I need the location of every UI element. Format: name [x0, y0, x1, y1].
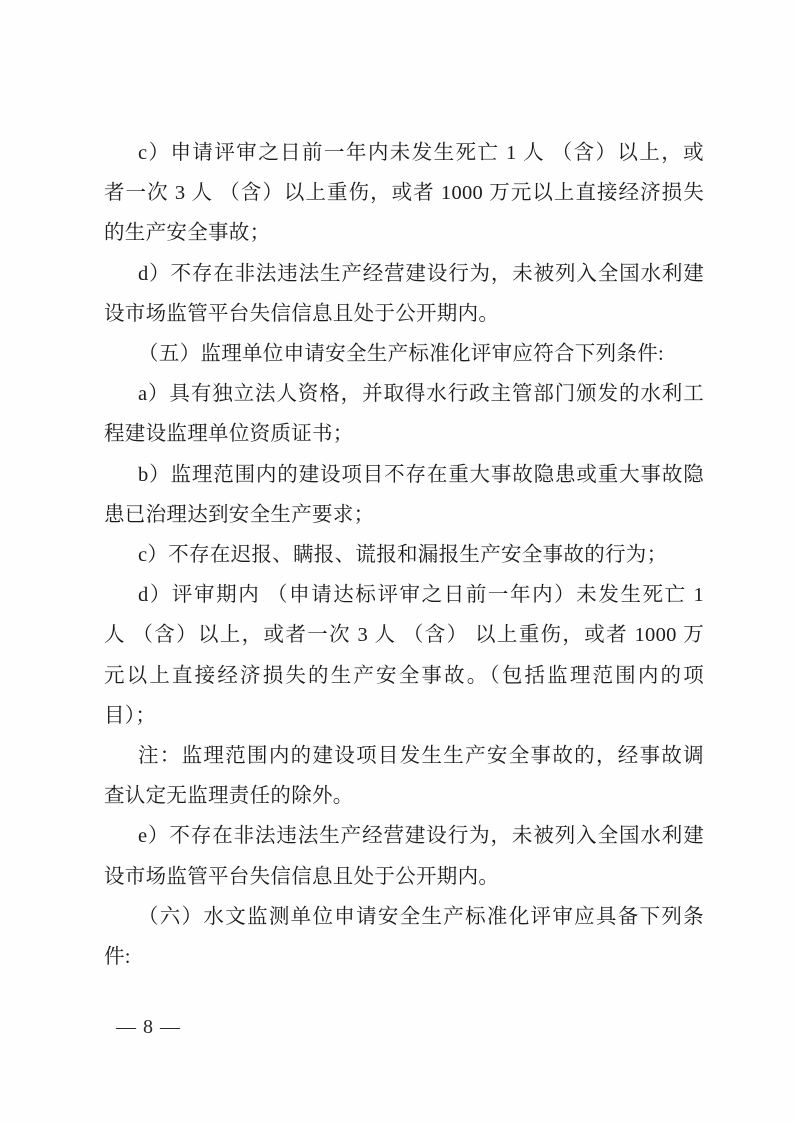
paragraph-item-e-illegal: e）不存在非法违法生产经营建设行为，未被列入全国水利建 设市场监管平台失信信息且…	[104, 816, 704, 896]
text-line: d）不存在非法违法生产经营建设行为，未被列入全国水利建	[104, 254, 704, 294]
text-line: 设市场监管平台失信信息且处于公开期内。	[104, 857, 704, 897]
text-line: 注：监理范围内的建设项目发生生产安全事故的，经事故调	[104, 736, 704, 776]
text-line: c）申请评审之日前一年内未发生死亡 1 人 （含）以上，或	[104, 133, 704, 173]
paragraph-item-b-hidden-dangers: b）监理范围内的建设项目不存在重大事故隐患或重大事故隐 患已治理达到安全生产要求…	[104, 455, 704, 535]
paragraph-note-exemption: 注：监理范围内的建设项目发生生产安全事故的，经事故调 查认定无监理责任的除外。	[104, 736, 704, 816]
text-line: 元以上直接经济损失的生产安全事故。（包括监理范围内的项	[104, 656, 704, 696]
text-line: （六）水文监测单位申请安全生产标准化评审应具备下列条	[104, 897, 704, 937]
section-heading-6: （六）水文监测单位申请安全生产标准化评审应具备下列条 件:	[104, 897, 704, 977]
paragraph-item-a-legal-person: a）具有独立法人资格，并取得水行政主管部门颁发的水利工 程建设监理单位资质证书；	[104, 374, 704, 454]
text-line: e）不存在非法违法生产经营建设行为，未被列入全国水利建	[104, 816, 704, 856]
text-line: a）具有独立法人资格，并取得水行政主管部门颁发的水利工	[104, 374, 704, 414]
document-body: c）申请评审之日前一年内未发生死亡 1 人 （含）以上，或 者一次 3 人 （含…	[104, 133, 704, 977]
paragraph-item-d-review-period: d）评审期内 （申请达标评审之日前一年内）未发生死亡 1 人 （含）以上，或者一…	[104, 575, 704, 736]
page-number: — 8 —	[116, 1007, 181, 1047]
text-line: d）评审期内 （申请达标评审之日前一年内）未发生死亡 1	[104, 575, 704, 615]
paragraph-item-d-illegal: d）不存在非法违法生产经营建设行为，未被列入全国水利建 设市场监管平台失信信息且…	[104, 254, 704, 334]
text-line: 的生产安全事故；	[104, 213, 704, 253]
text-line: b）监理范围内的建设项目不存在重大事故隐患或重大事故隐	[104, 455, 704, 495]
document-page: c）申请评审之日前一年内未发生死亡 1 人 （含）以上，或 者一次 3 人 （含…	[0, 0, 794, 1123]
text-line: c）不存在迟报、瞒报、谎报和漏报生产安全事故的行为；	[104, 535, 704, 575]
text-line: （五）监理单位申请安全生产标准化评审应符合下列条件:	[104, 334, 704, 374]
text-line: 者一次 3 人 （含）以上重伤，或者 1000 万元以上直接经济损失	[104, 173, 704, 213]
text-line: 程建设监理单位资质证书；	[104, 414, 704, 454]
text-line: 查认定无监理责任的除外。	[104, 776, 704, 816]
paragraph-item-c-fatality: c）申请评审之日前一年内未发生死亡 1 人 （含）以上，或 者一次 3 人 （含…	[104, 133, 704, 254]
section-heading-5: （五）监理单位申请安全生产标准化评审应符合下列条件:	[104, 334, 704, 374]
paragraph-item-c-no-false-reporting: c）不存在迟报、瞒报、谎报和漏报生产安全事故的行为；	[104, 535, 704, 575]
text-line: 患已治理达到安全生产要求；	[104, 495, 704, 535]
text-line: 人 （含）以上，或者一次 3 人 （含） 以上重伤，或者 1000 万	[104, 615, 704, 655]
text-line: 设市场监管平台失信信息且处于公开期内。	[104, 294, 704, 334]
text-line: 件:	[104, 937, 704, 977]
text-line: 目）；	[104, 696, 704, 736]
